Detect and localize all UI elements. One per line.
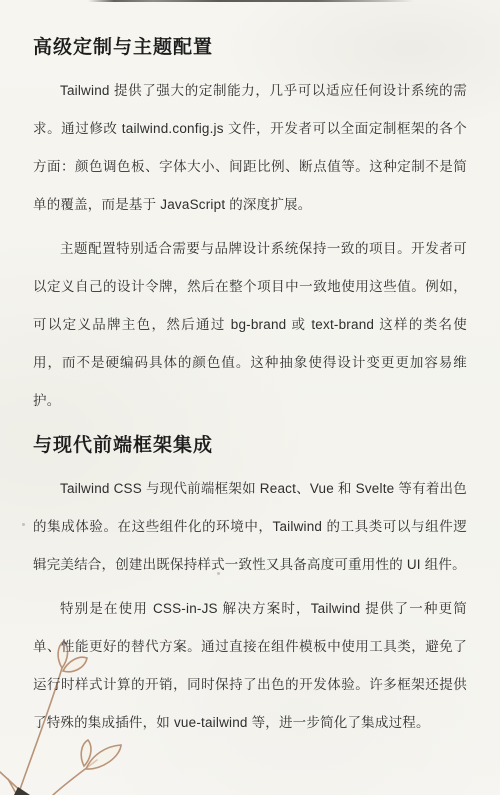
plant-leaf bbox=[86, 745, 121, 769]
document-page: { "page": { "background_color": "#f5f4ef… bbox=[0, 0, 500, 795]
plant-stem bbox=[0, 772, 25, 795]
section-advanced-customization: 高级定制与主题配置 Tailwind 提供了强大的定制能力，几乎可以适应任何设计… bbox=[33, 34, 467, 420]
plant-stem bbox=[8, 779, 17, 795]
section-framework-integration: 与现代前端框架集成 Tailwind CSS 与现代前端框架如 React、Vu… bbox=[33, 432, 467, 742]
article-content: 高级定制与主题配置 Tailwind 提供了强大的定制能力，几乎可以适应任何设计… bbox=[0, 0, 500, 742]
plant-leaf bbox=[81, 740, 91, 766]
paragraph-customization-overview: Tailwind 提供了强大的定制能力，几乎可以适应任何设计系统的需求。通过修改… bbox=[33, 72, 467, 224]
plant-stem bbox=[53, 760, 97, 795]
section-heading-advanced-customization: 高级定制与主题配置 bbox=[33, 34, 467, 62]
paragraph-theme-configuration: 主题配置特别适合需要与品牌设计系统保持一致的项目。开发者可以定义自己的设计令牌，… bbox=[33, 230, 467, 420]
paragraph-css-in-js-alternative: 特别是在使用 CSS-in-JS 解决方案时，Tailwind 提供了一种更简单… bbox=[33, 590, 467, 742]
section-heading-framework-integration: 与现代前端框架集成 bbox=[33, 432, 467, 460]
page-corner-mark bbox=[14, 787, 30, 795]
paragraph-framework-compatibility: Tailwind CSS 与现代前端框架如 React、Vue 和 Svelte… bbox=[33, 470, 467, 584]
